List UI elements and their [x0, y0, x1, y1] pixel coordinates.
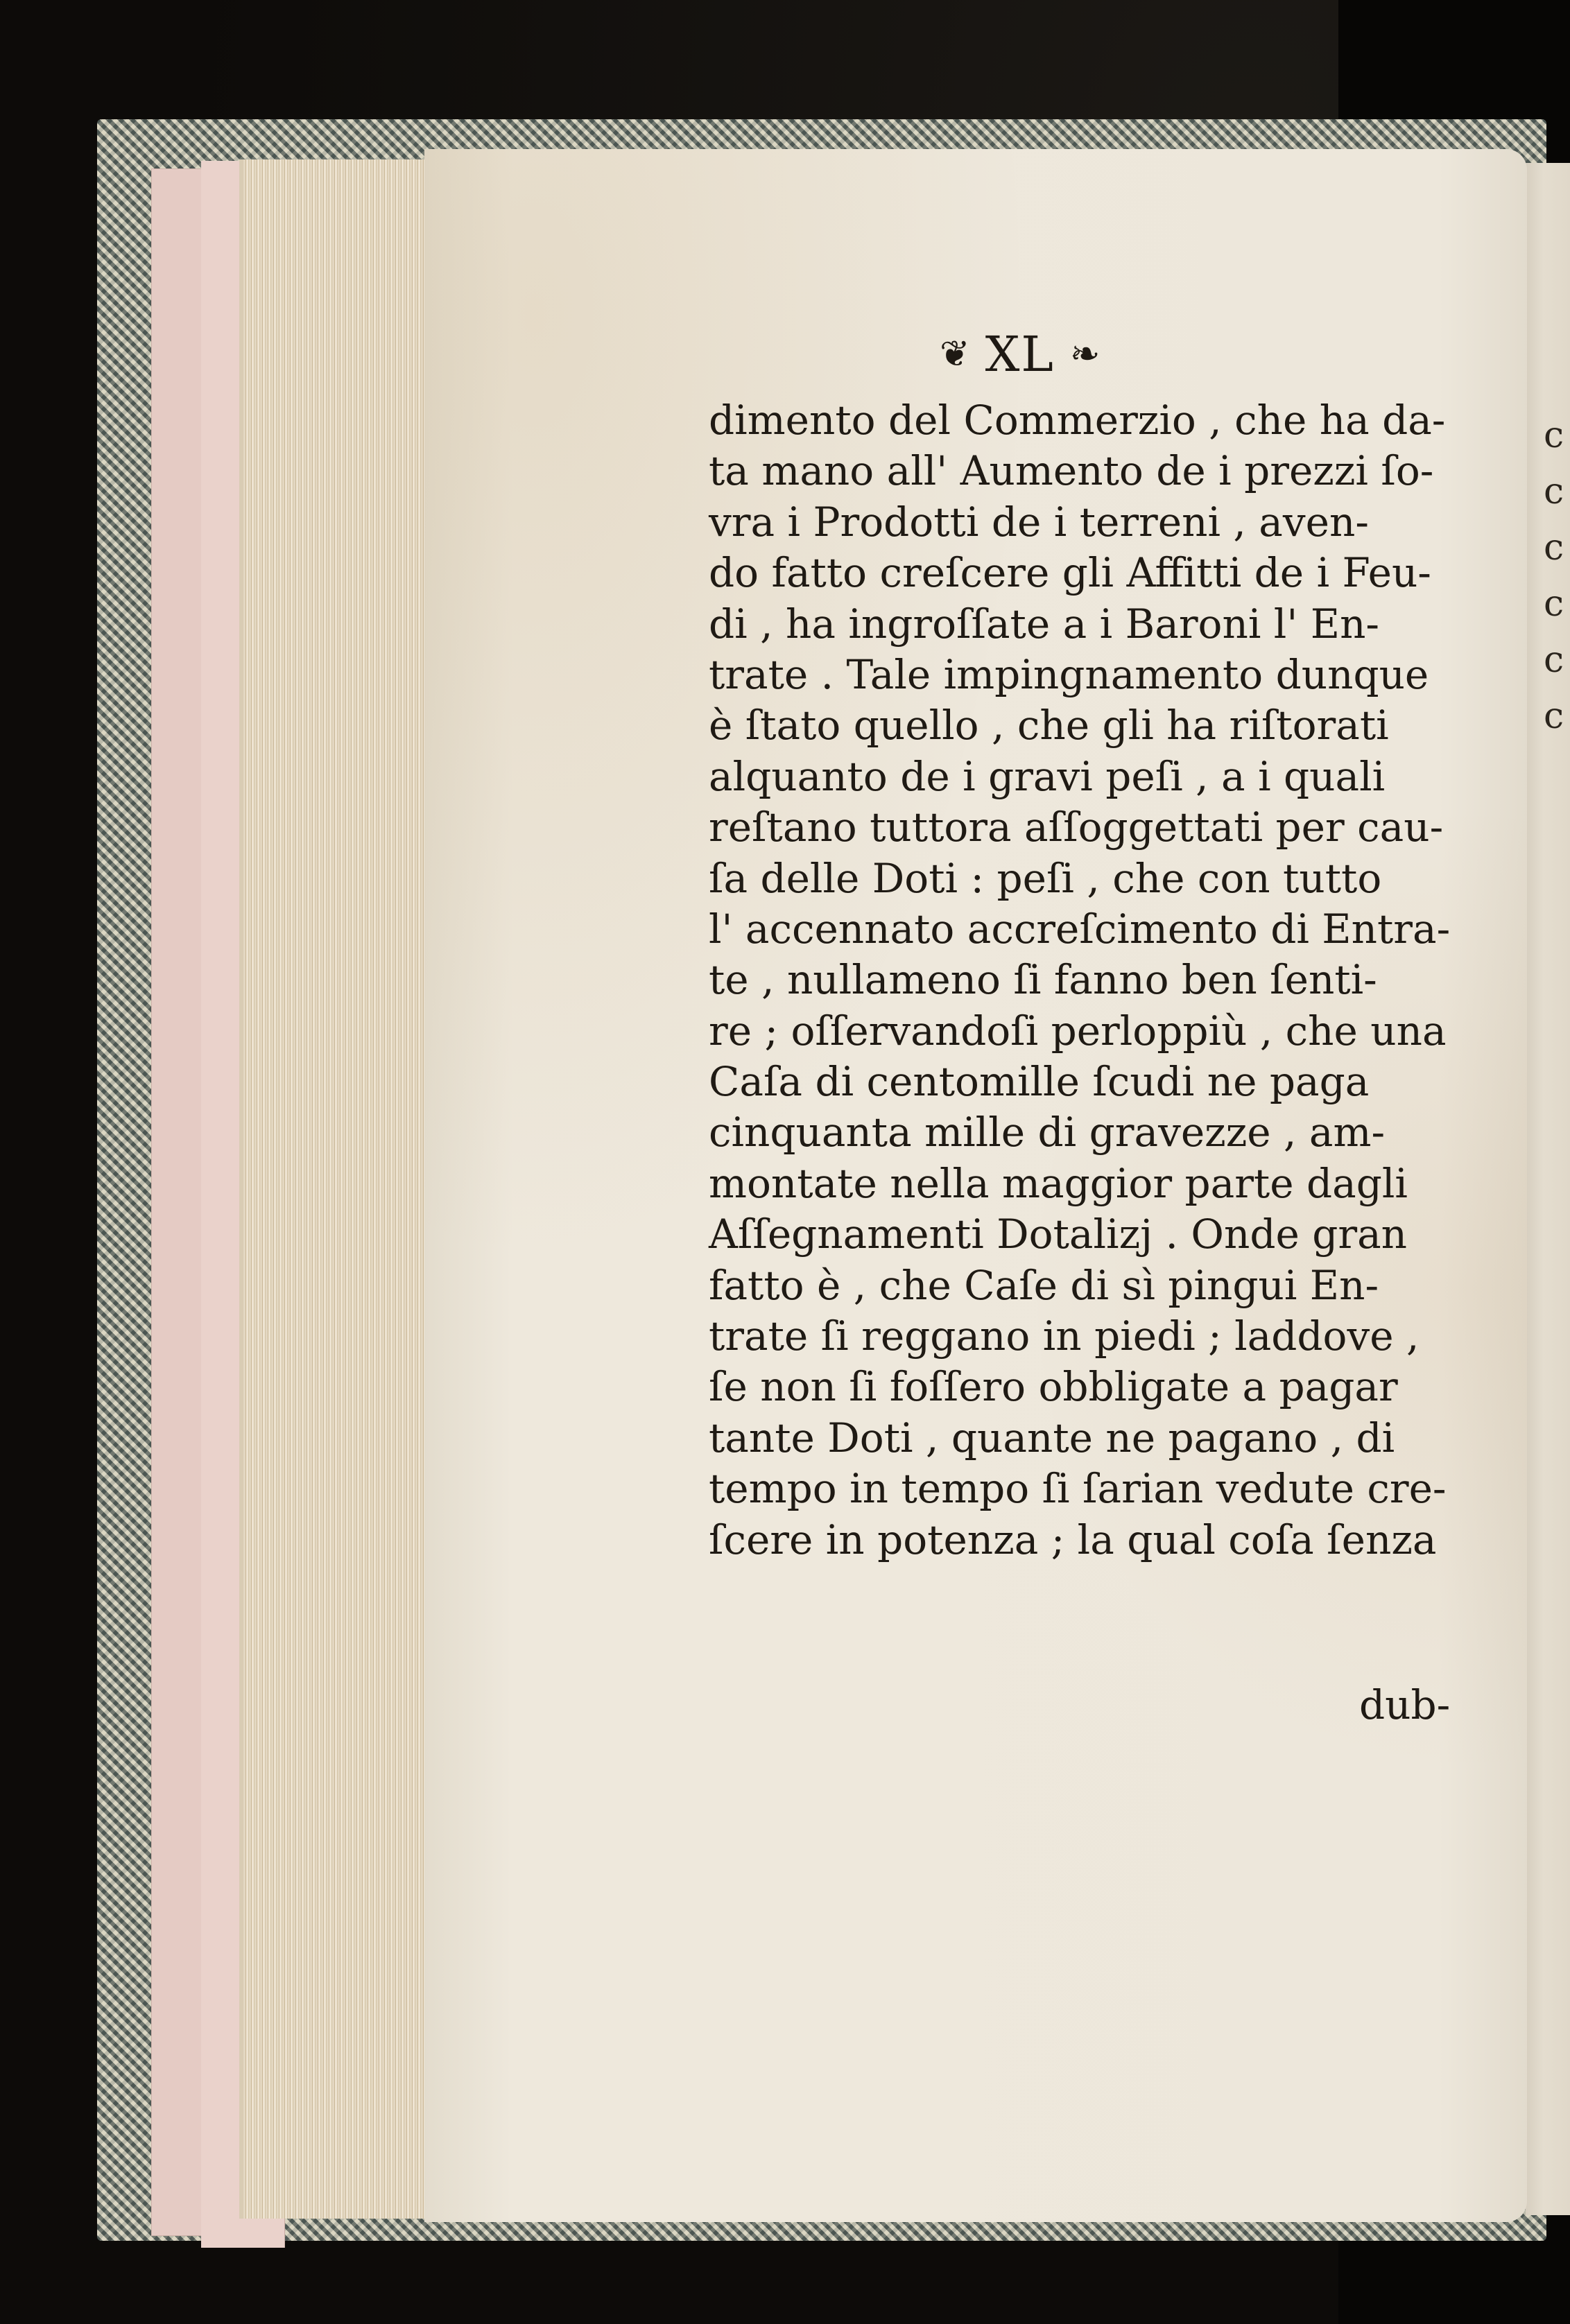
- text-line: te , nullameno ſi fanno ben ſenti-: [709, 955, 1527, 1005]
- text-line: reſtano tuttora aſſoggettati per cau-: [709, 802, 1527, 853]
- text-line: vra i Prodotti de i terreni , aven-: [709, 497, 1527, 548]
- fleuron-right-icon: ❧: [1070, 333, 1101, 375]
- text-line: è ſtato quello , che gli ha riſtorati: [709, 700, 1527, 751]
- text-line: trate ſi reggano in piedi ; laddove ,: [709, 1311, 1527, 1362]
- text-line: tante Doti , quante ne pagano , di: [709, 1413, 1527, 1464]
- text-line: alquanto de i gravi peſi , a i quali: [709, 752, 1527, 802]
- text-line: dimento del Commerzio , che ha da-: [709, 395, 1527, 446]
- text-line: re ; oſſervandoſi perloppiù , che una: [709, 1006, 1527, 1057]
- text-line: Aſſegnamenti Dotalizj . Onde gran: [709, 1209, 1527, 1260]
- facing-letter: c: [1544, 472, 1564, 511]
- facing-page-letters: c c c c c c: [1544, 416, 1564, 736]
- text-line: ta mano all' Aumento de i prezzi ſo-: [709, 446, 1527, 496]
- fleuron-left-icon: ❦: [940, 333, 970, 375]
- text-line: ſcere in potenza ; la qual coſa ſenza: [709, 1515, 1527, 1566]
- facing-letter: c: [1544, 416, 1564, 455]
- text-line: do fatto creſcere gli Affitti de i Feu-: [709, 548, 1527, 598]
- text-line: l' accennato accreſcimento di Entra-: [709, 904, 1527, 955]
- facing-letter: c: [1544, 641, 1564, 679]
- page-header: ❦ XL ❧: [940, 326, 1100, 383]
- facing-letter: c: [1544, 697, 1564, 736]
- catchword: dub-: [1359, 1681, 1450, 1728]
- text-line: ſe non ſi foſſero obbligate a pagar: [709, 1362, 1527, 1412]
- facing-letter: c: [1544, 528, 1564, 567]
- text-line: trate . Tale impingnamento dunque: [709, 650, 1527, 700]
- text-line: cinquanta mille di gravezze , am-: [709, 1107, 1527, 1158]
- page-number: XL: [985, 326, 1055, 383]
- page-edges-stack: [239, 159, 431, 2219]
- text-line: montate nella maggior parte dagli: [709, 1159, 1527, 1209]
- text-line: di , ha ingroſſate a i Baroni l' En-: [709, 599, 1527, 650]
- text-line: tempo in tempo ſi ſarian vedute cre-: [709, 1464, 1527, 1514]
- facing-letter: c: [1544, 584, 1564, 623]
- body-text: dimento del Commerzio , che ha da- ta ma…: [709, 395, 1527, 1566]
- text-line: fatto è , che Caſe di sì pingui En-: [709, 1260, 1527, 1311]
- text-line: Caſa di centomille ſcudi ne paga: [709, 1057, 1527, 1107]
- text-line: ſa delle Doti : peſi , che con tutto: [709, 853, 1527, 904]
